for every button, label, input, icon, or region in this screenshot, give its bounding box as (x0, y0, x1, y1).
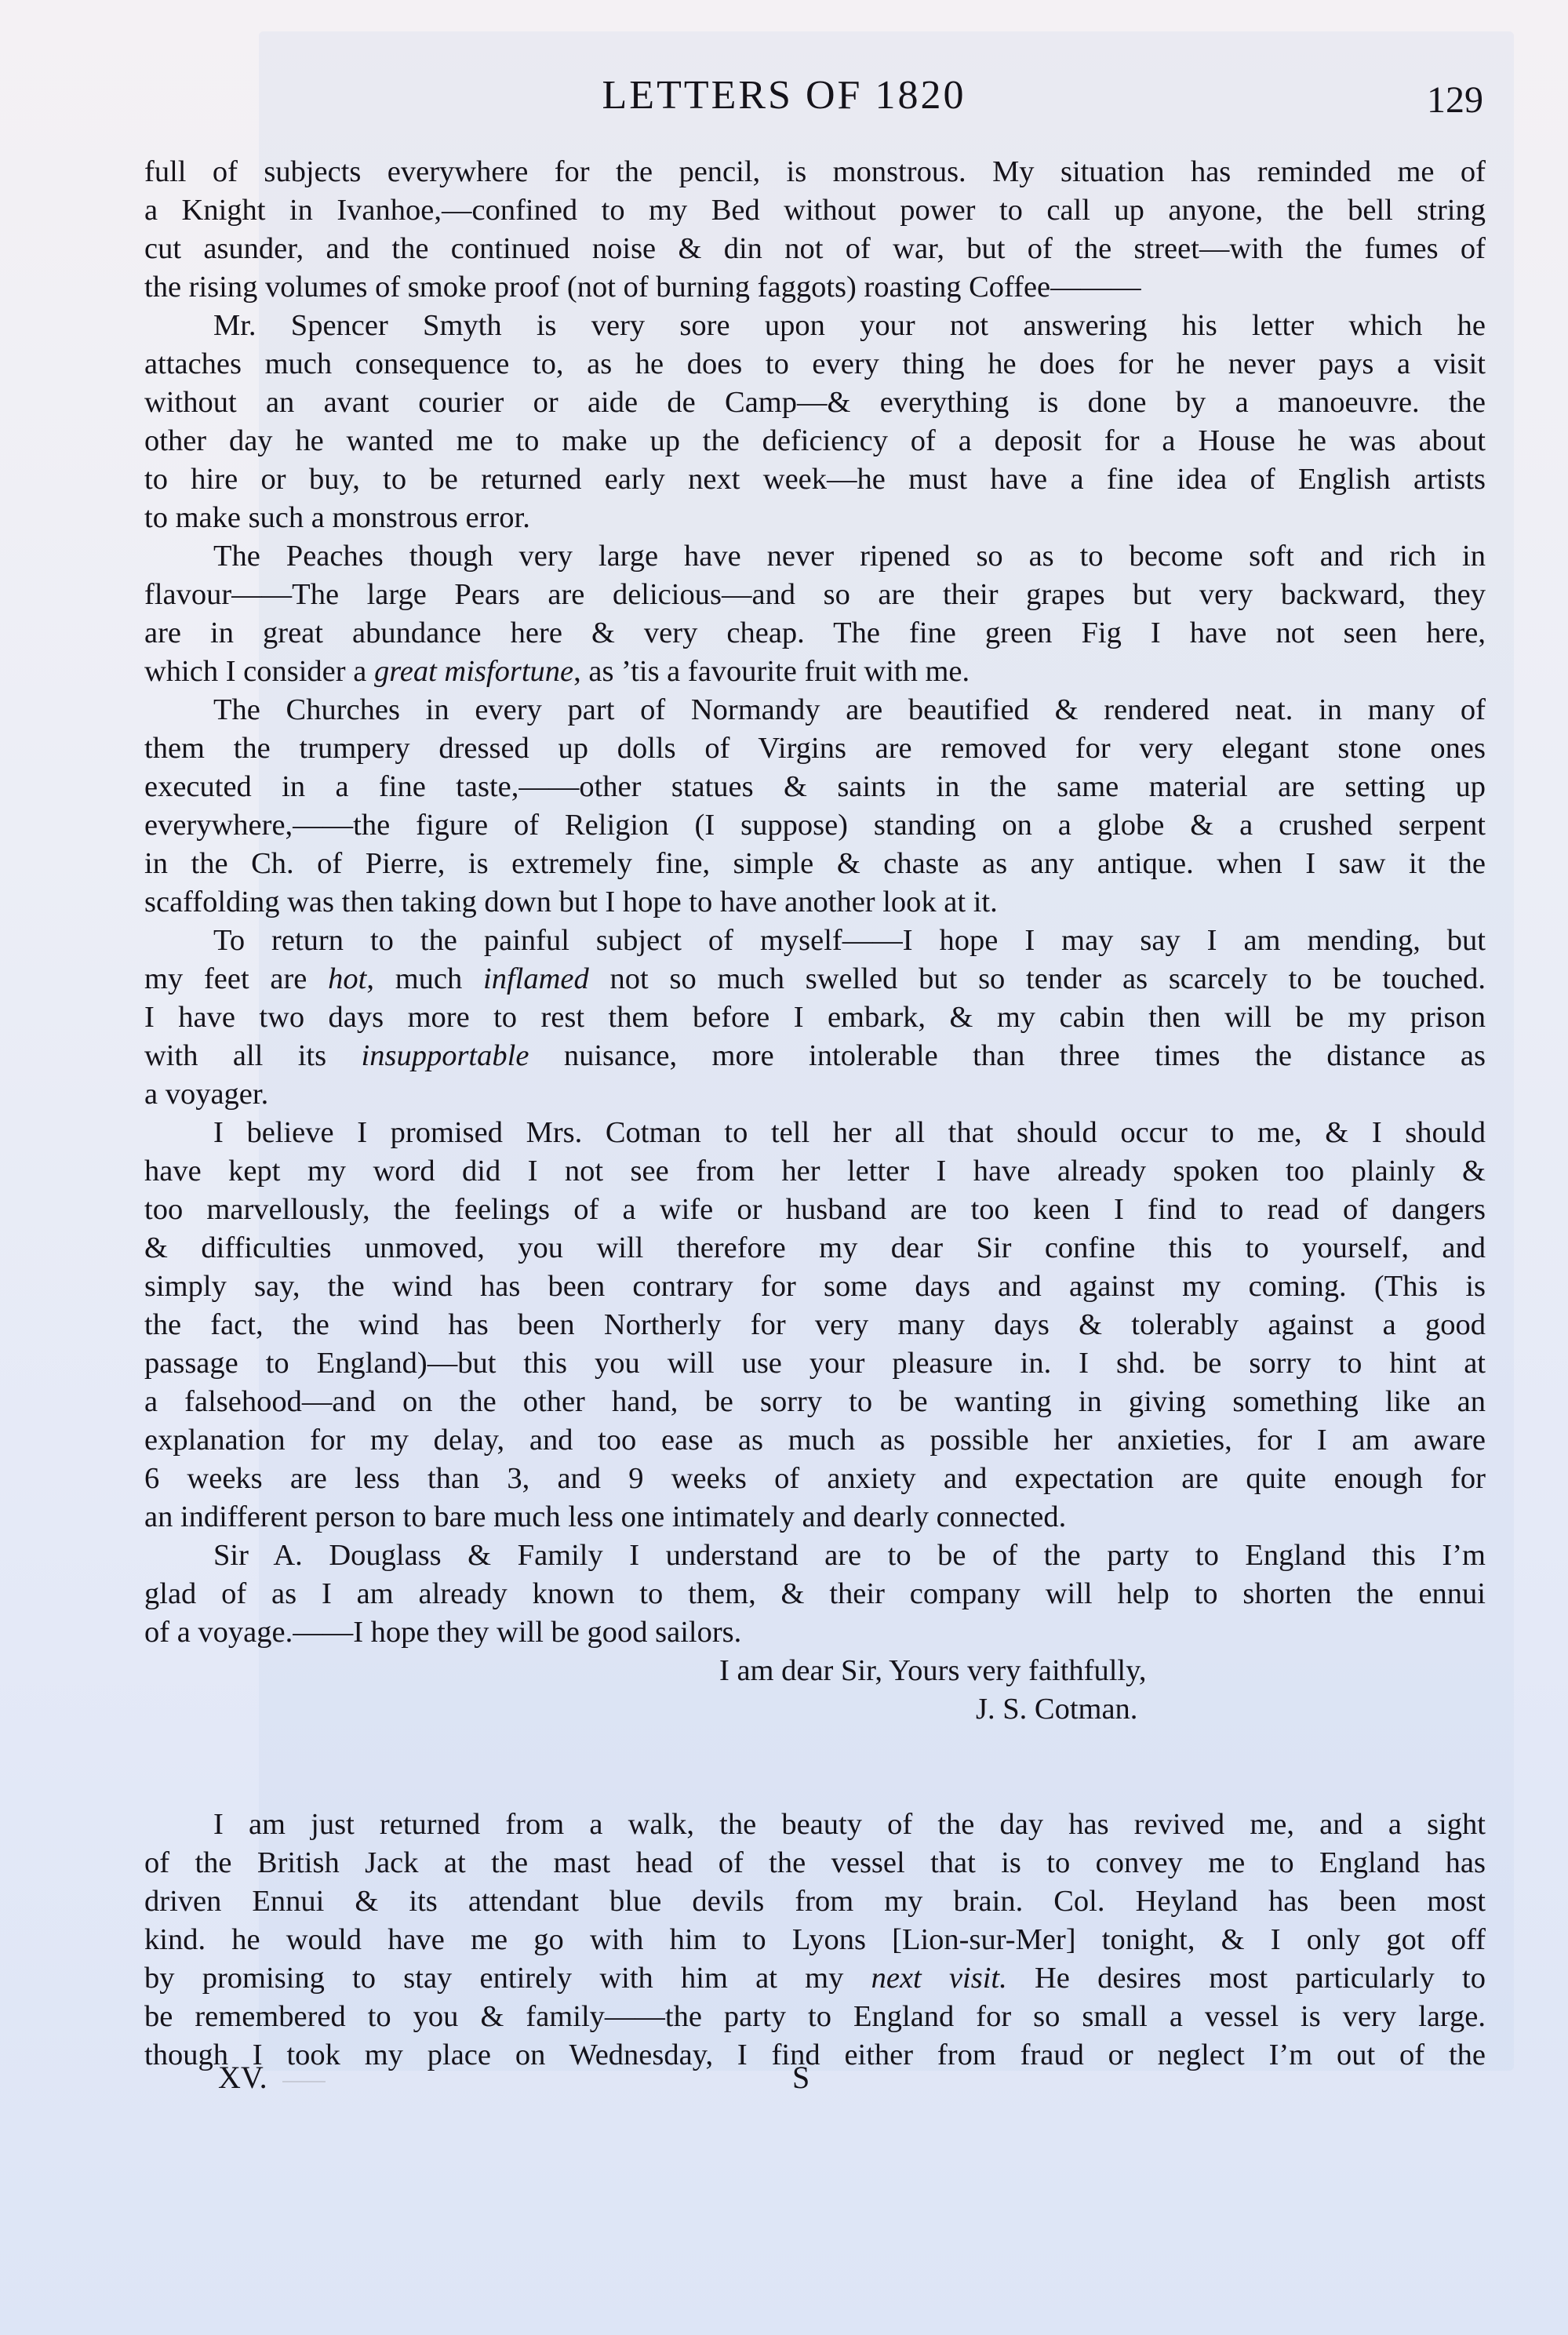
text-line: passage to England)—but this you will us… (144, 1344, 1486, 1383)
text-line: have kept my word did I not see from her… (144, 1152, 1486, 1191)
text-line: cut asunder, and the continued noise & d… (144, 230, 1486, 268)
text-line: Mr. Spencer Smyth is very sore upon your… (144, 307, 1486, 345)
signature-letter: S (792, 2059, 809, 2096)
text-line: To return to the painful subject of myse… (144, 922, 1486, 960)
text-line: The Churches in every part of Normandy a… (144, 691, 1486, 729)
text-line: of a voyage.——I hope they will be good s… (144, 1613, 1486, 1652)
text-line: other day he wanted me to make up the de… (144, 422, 1486, 460)
italic-emphasis: insupportable (362, 1039, 529, 1072)
text-run: by promising to stay entirely with him a… (144, 1962, 871, 1995)
italic-emphasis: hot (328, 962, 366, 995)
text-line: be remembered to you & family——the party… (144, 1998, 1486, 2036)
text-line: which I consider a great misfortune, as … (144, 653, 1486, 691)
text-line: The Peaches though very large have never… (144, 537, 1486, 576)
text-line: are in great abundance here & very cheap… (144, 614, 1486, 653)
italic-emphasis: next visit. (871, 1962, 1007, 1995)
text-line: in the Ch. of Pierre, is extremely fine,… (144, 845, 1486, 883)
text-line: & difficulties unmoved, you will therefo… (144, 1229, 1486, 1268)
footer-rule (282, 2081, 326, 2082)
page-header: LETTERS OF 1820 129 (0, 72, 1568, 135)
text-line: I believe I promised Mrs. Cotman to tell… (144, 1114, 1486, 1152)
text-run: my feet are (144, 962, 328, 995)
text-line: of the British Jack at the mast head of … (144, 1844, 1486, 1882)
text-line: I have two days more to rest them before… (144, 998, 1486, 1037)
text-line: flavour——The large Pears are delicious—a… (144, 576, 1486, 614)
text-line: I am just returned from a walk, the beau… (144, 1806, 1486, 1844)
text-line: a voyager. (144, 1075, 1486, 1114)
text-line: 6 weeks are less than 3, and 9 weeks of … (144, 1460, 1486, 1498)
text-line: to make such a monstrous error. (144, 499, 1486, 537)
text-run: with all its (144, 1039, 362, 1072)
text-line: the rising volumes of smoke proof (not o… (144, 268, 1486, 307)
text-line: driven Ennui & its attendant blue devils… (144, 1882, 1486, 1921)
italic-emphasis: inflamed (483, 962, 589, 995)
page-footer: XV. S (0, 2059, 1568, 2106)
text-line: kind. he would have me go with him to Ly… (144, 1921, 1486, 1959)
text-line: full of subjects everywhere for the penc… (144, 153, 1486, 191)
salutation-line: I am dear Sir, Yours very faithfully, (144, 1652, 1486, 1690)
text-line: scaffolding was then taking down but I h… (144, 883, 1486, 922)
text-run: , as ’tis a favourite fruit with me. (573, 655, 970, 688)
text-line: glad of as I am already known to them, &… (144, 1575, 1486, 1613)
text-run: not so much swelled but so tender as sca… (589, 962, 1486, 995)
letter-body: full of subjects everywhere for the penc… (144, 153, 1486, 2075)
text-line: a falsehood—and on the other hand, be so… (144, 1383, 1486, 1421)
book-page: LETTERS OF 1820 129 full of subjects eve… (0, 0, 1568, 2335)
closing-salutation: I am dear Sir, Yours very faithfully, (719, 1652, 1147, 1690)
running-title: LETTERS OF 1820 (0, 72, 1568, 118)
italic-emphasis: great misfortune (374, 655, 573, 688)
text-line: an indifferent person to bare much less … (144, 1498, 1486, 1537)
text-run: , much (366, 962, 483, 995)
text-line: attaches much consequence to, as he does… (144, 345, 1486, 384)
text-run: nuisance, more intolerable than three ti… (529, 1039, 1486, 1072)
text-run: which I consider a (144, 655, 374, 688)
text-line: simply say, the wind has been contrary f… (144, 1268, 1486, 1306)
text-line: too marvellously, the feelings of a wife… (144, 1191, 1486, 1229)
text-line: without an avant courier or aide de Camp… (144, 384, 1486, 422)
section-gap (144, 1729, 1486, 1806)
text-line: a Knight in Ivanhoe,—confined to my Bed … (144, 191, 1486, 230)
postscript: I am just returned from a walk, the beau… (144, 1806, 1486, 2075)
text-line: with all its insupportable nuisance, mor… (144, 1037, 1486, 1075)
text-line: everywhere,——the figure of Religion (I s… (144, 806, 1486, 845)
text-line: my feet are hot, much inflamed not so mu… (144, 960, 1486, 998)
text-line: executed in a fine taste,——other statues… (144, 768, 1486, 806)
text-line: Sir A. Douglass & Family I understand ar… (144, 1537, 1486, 1575)
letter-paragraphs: full of subjects everywhere for the penc… (144, 153, 1486, 1652)
text-line: explanation for my delay, and too ease a… (144, 1421, 1486, 1460)
text-line: them the trumpery dressed up dolls of Vi… (144, 729, 1486, 768)
signature-line: J. S. Cotman. (144, 1690, 1486, 1729)
closing-signature: J. S. Cotman. (976, 1690, 1137, 1729)
text-line: the fact, the wind has been Northerly fo… (144, 1306, 1486, 1344)
page-number: 129 (1427, 78, 1483, 122)
text-line: by promising to stay entirely with him a… (144, 1959, 1486, 1998)
text-run: He desires most particularly to (1007, 1962, 1486, 1995)
signature-mark: XV. (218, 2059, 267, 2096)
text-line: to hire or buy, to be returned early nex… (144, 460, 1486, 499)
